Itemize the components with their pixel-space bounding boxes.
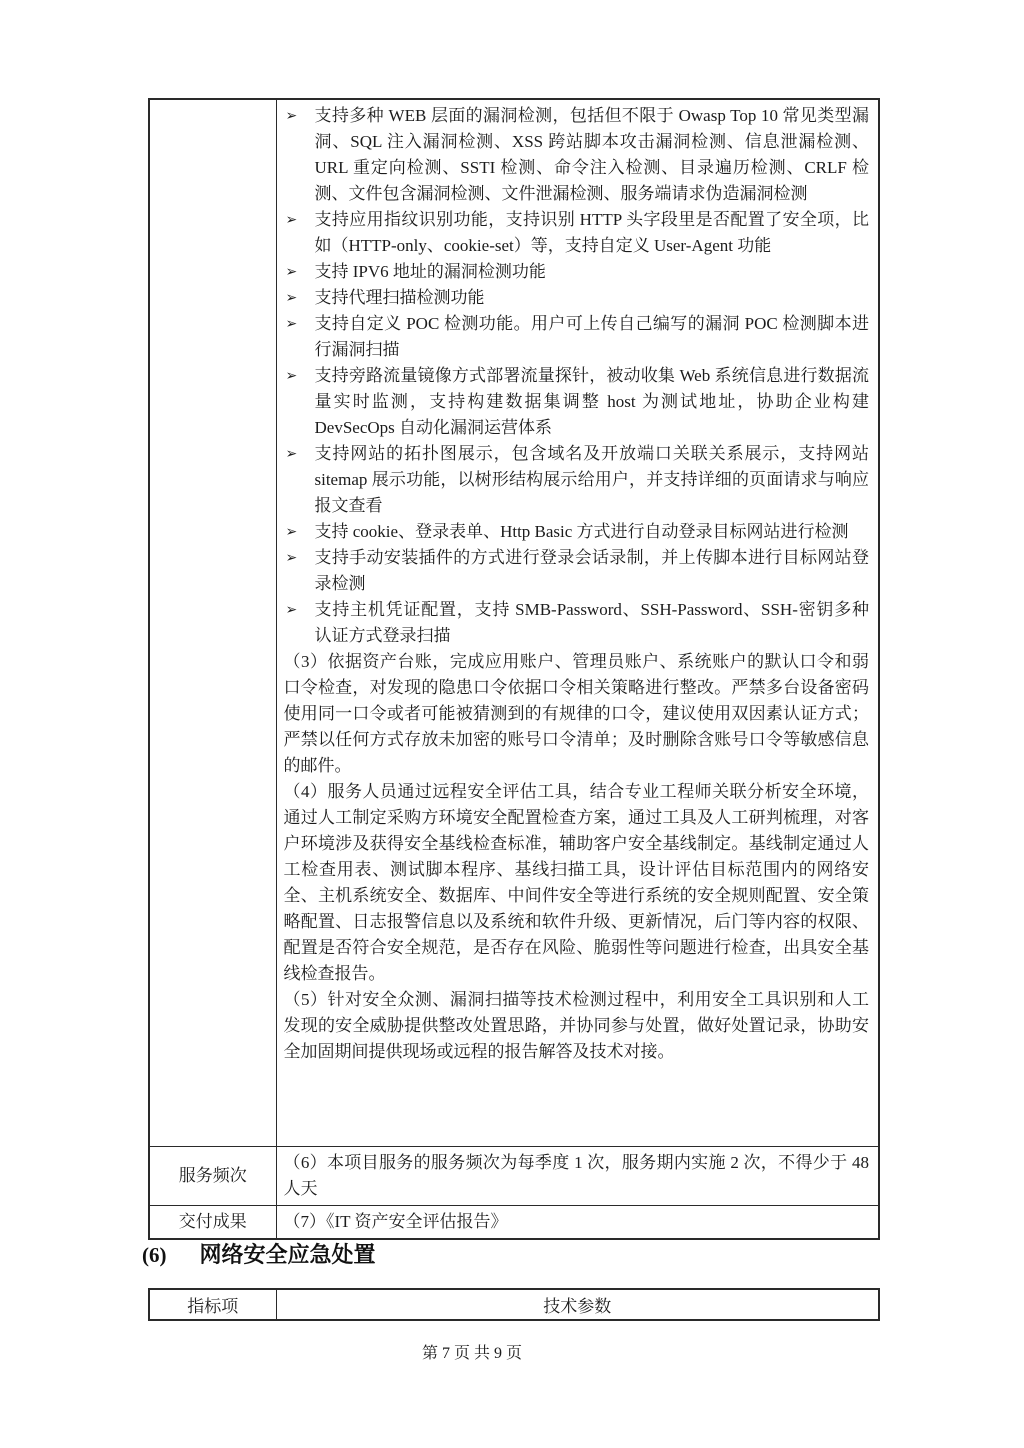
bullet-text: 支持多种 WEB 层面的漏洞检测，包括但不限于 Owasp Top 10 常见类…	[315, 106, 870, 203]
bullet-arrow-icon: ➢	[286, 441, 298, 467]
spec-bullet-item: ➢支持代理扫描检测功能	[284, 285, 870, 311]
spec-bullet-item: ➢支持主机凭证配置，支持 SMB-Password、SSH-Password、S…	[284, 597, 870, 649]
feature-bullet-list: ➢支持多种 WEB 层面的漏洞检测，包括但不限于 Owasp Top 10 常见…	[284, 103, 870, 649]
spec-paragraphs: （3）依据资产台账，完成应用账户、管理员账户、系统账户的默认口令和弱口令检查，对…	[284, 649, 870, 1065]
page-footer: 第 7 页 共 9 页	[110, 1340, 834, 1363]
bullet-text: 支持网站的拓扑图展示，包含域名及开放端口关联关系展示，支持网站 sitemap …	[315, 444, 870, 515]
bullet-arrow-icon: ➢	[286, 363, 298, 389]
spec-bullet-item: ➢支持网站的拓扑图展示，包含域名及开放端口关联关系展示，支持网站 sitemap…	[284, 441, 870, 519]
section-number: (6)	[142, 1243, 167, 1267]
bullet-text: 支持 cookie、登录表单、Http Basic 方式进行自动登录目标网站进行…	[315, 522, 849, 541]
spec-paragraph: （5）针对安全众测、漏洞扫描等技术检测过程中，利用安全工具识别和人工发现的安全威…	[284, 987, 870, 1065]
table-row-deliverables: 交付成果 （7）《IT 资产安全评估报告》	[149, 1206, 879, 1240]
spec-bullet-item: ➢支持自定义 POC 检测功能。用户可上传自己编写的漏洞 POC 检测脚本进行漏…	[284, 311, 870, 363]
bullet-arrow-icon: ➢	[286, 259, 298, 285]
spec-paragraph: （3）依据资产台账，完成应用账户、管理员账户、系统账户的默认口令和弱口令检查，对…	[284, 649, 870, 779]
table-row-service-frequency: 服务频次 （6）本项目服务的服务频次为每季度 1 次，服务期内实施 2 次，不得…	[149, 1147, 879, 1206]
bullet-arrow-icon: ➢	[286, 103, 298, 129]
deliverables-value: （7）《IT 资产安全评估报告》	[276, 1206, 879, 1240]
spec-bullet-item: ➢支持旁路流量镜像方式部署流量探针，被动收集 Web 系统信息进行数据流量实时监…	[284, 363, 870, 441]
bullet-arrow-icon: ➢	[286, 597, 298, 623]
spec-bullet-item: ➢支持多种 WEB 层面的漏洞检测，包括但不限于 Owasp Top 10 常见…	[284, 103, 870, 207]
bullet-text: 支持旁路流量镜像方式部署流量探针，被动收集 Web 系统信息进行数据流量实时监测…	[315, 366, 870, 437]
document-page: ➢支持多种 WEB 层面的漏洞检测，包括但不限于 Owasp Top 10 常见…	[0, 0, 1024, 1448]
spec-bullet-item: ➢支持 IPV6 地址的漏洞检测功能	[284, 259, 870, 285]
param-header-tech: 技术参数	[276, 1289, 879, 1320]
bullet-arrow-icon: ➢	[286, 311, 298, 337]
param-header-row: 指标项 技术参数	[149, 1289, 879, 1320]
service-spec-table: ➢支持多种 WEB 层面的漏洞检测，包括但不限于 Owasp Top 10 常见…	[148, 98, 880, 1240]
bullet-arrow-icon: ➢	[286, 545, 298, 571]
bullet-arrow-icon: ➢	[286, 519, 298, 545]
row-label-service-frequency: 服务频次	[149, 1147, 276, 1206]
bullet-text: 支持代理扫描检测功能	[315, 288, 485, 307]
section-heading: (6)网络安全应急处置	[142, 1238, 376, 1269]
bullet-text: 支持主机凭证配置，支持 SMB-Password、SSH-Password、SS…	[315, 600, 870, 645]
table-row-spec: ➢支持多种 WEB 层面的漏洞检测，包括但不限于 Owasp Top 10 常见…	[149, 99, 879, 1147]
bullet-text: 支持应用指纹识别功能，支持识别 HTTP 头字段里是否配置了安全项，比如（HTT…	[315, 210, 870, 255]
spec-bullet-item: ➢支持手动安装插件的方式进行登录会话录制，并上传脚本进行目标网站登录检测	[284, 545, 870, 597]
bullet-text: 支持自定义 POC 检测功能。用户可上传自己编写的漏洞 POC 检测脚本进行漏洞…	[315, 314, 870, 359]
bullet-text: 支持手动安装插件的方式进行登录会话录制，并上传脚本进行目标网站登录检测	[315, 548, 870, 593]
spec-content-cell: ➢支持多种 WEB 层面的漏洞检测，包括但不限于 Owasp Top 10 常见…	[276, 99, 879, 1147]
section-title: 网络安全应急处置	[200, 1242, 376, 1267]
spec-bullet-item: ➢支持应用指纹识别功能，支持识别 HTTP 头字段里是否配置了安全项，比如（HT…	[284, 207, 870, 259]
spec-bullet-item: ➢支持 cookie、登录表单、Http Basic 方式进行自动登录目标网站进…	[284, 519, 870, 545]
spec-label-cell-empty	[149, 99, 276, 1147]
bullet-arrow-icon: ➢	[286, 285, 298, 311]
param-header-indicator: 指标项	[149, 1289, 276, 1320]
service-frequency-value: （6）本项目服务的服务频次为每季度 1 次，服务期内实施 2 次，不得少于 48…	[276, 1147, 879, 1206]
param-table: 指标项 技术参数	[148, 1288, 880, 1321]
bullet-arrow-icon: ➢	[286, 207, 298, 233]
spec-paragraph: （4）服务人员通过远程安全评估工具，结合专业工程师关联分析安全环境，通过人工制定…	[284, 779, 870, 987]
row-label-deliverables: 交付成果	[149, 1206, 276, 1240]
bullet-text: 支持 IPV6 地址的漏洞检测功能	[315, 262, 546, 281]
